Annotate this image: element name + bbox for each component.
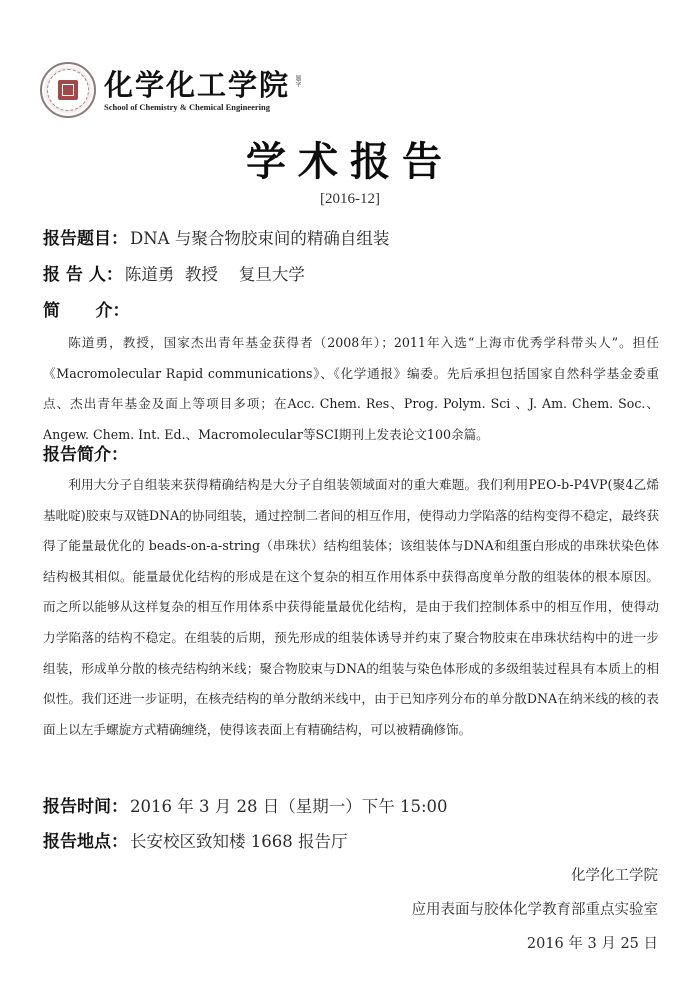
abstract-label: 报告简介：	[43, 440, 128, 465]
time-label: 报告时间：	[43, 792, 128, 817]
bio-label: 简 介：	[43, 296, 130, 321]
school-name-row: 化学化工学院 题字	[104, 69, 302, 101]
topic-label: 报告题目：	[43, 224, 128, 249]
bio-field: 简 介：	[43, 296, 130, 321]
speaker-label: 报 告 人：	[43, 260, 123, 285]
university-seal-icon	[40, 62, 96, 118]
signature-date: 2016 年 3 月 25 日	[527, 932, 658, 953]
topic-field: 报告题目： DNA 与聚合物胶束间的精确自组装	[43, 224, 389, 249]
location-label: 报告地点：	[43, 827, 128, 852]
signature-lab: 应用表面与胶体化学教育部重点实验室	[412, 898, 659, 919]
topic-value: DNA 与聚合物胶束间的精确自组装	[130, 225, 389, 249]
location-field: 报告地点： 长安校区致知楼 1668 报告厅	[43, 827, 347, 852]
page-title: 学术报告	[0, 130, 700, 187]
reference-number: [2016-12]	[0, 191, 700, 208]
time-value: 2016 年 3 月 28 日（星期一）下午 15:00	[130, 793, 448, 817]
signature-organizer: 化学化工学院	[571, 864, 658, 885]
abstract-paragraph: 利用大分子自组装来获得精确结构是大分子自组装领域面对的重大难题。我们利用PEO-…	[43, 470, 659, 745]
abstract-field: 报告简介：	[43, 440, 128, 465]
bio-paragraph: 陈道勇，教授，国家杰出青年基金获得者（2008年）；2011年入选“上海市优秀学…	[43, 328, 659, 450]
school-name-en: School of Chemistry & Chemical Engineeri…	[104, 102, 302, 112]
seal-emblem	[58, 80, 78, 100]
school-name-block: 化学化工学院 题字 School of Chemistry & Chemical…	[104, 69, 302, 112]
school-header: 化学化工学院 题字 School of Chemistry & Chemical…	[40, 62, 302, 118]
time-field: 报告时间： 2016 年 3 月 28 日（星期一）下午 15:00	[43, 792, 448, 817]
school-name-cn: 化学化工学院	[104, 69, 290, 101]
speaker-value: 陈道勇 教授 复旦大学	[125, 261, 305, 285]
location-value: 长安校区致知楼 1668 报告厅	[130, 828, 347, 852]
speaker-field: 报 告 人： 陈道勇 教授 复旦大学	[43, 260, 305, 285]
calligraphy-signature: 题字	[293, 75, 302, 87]
